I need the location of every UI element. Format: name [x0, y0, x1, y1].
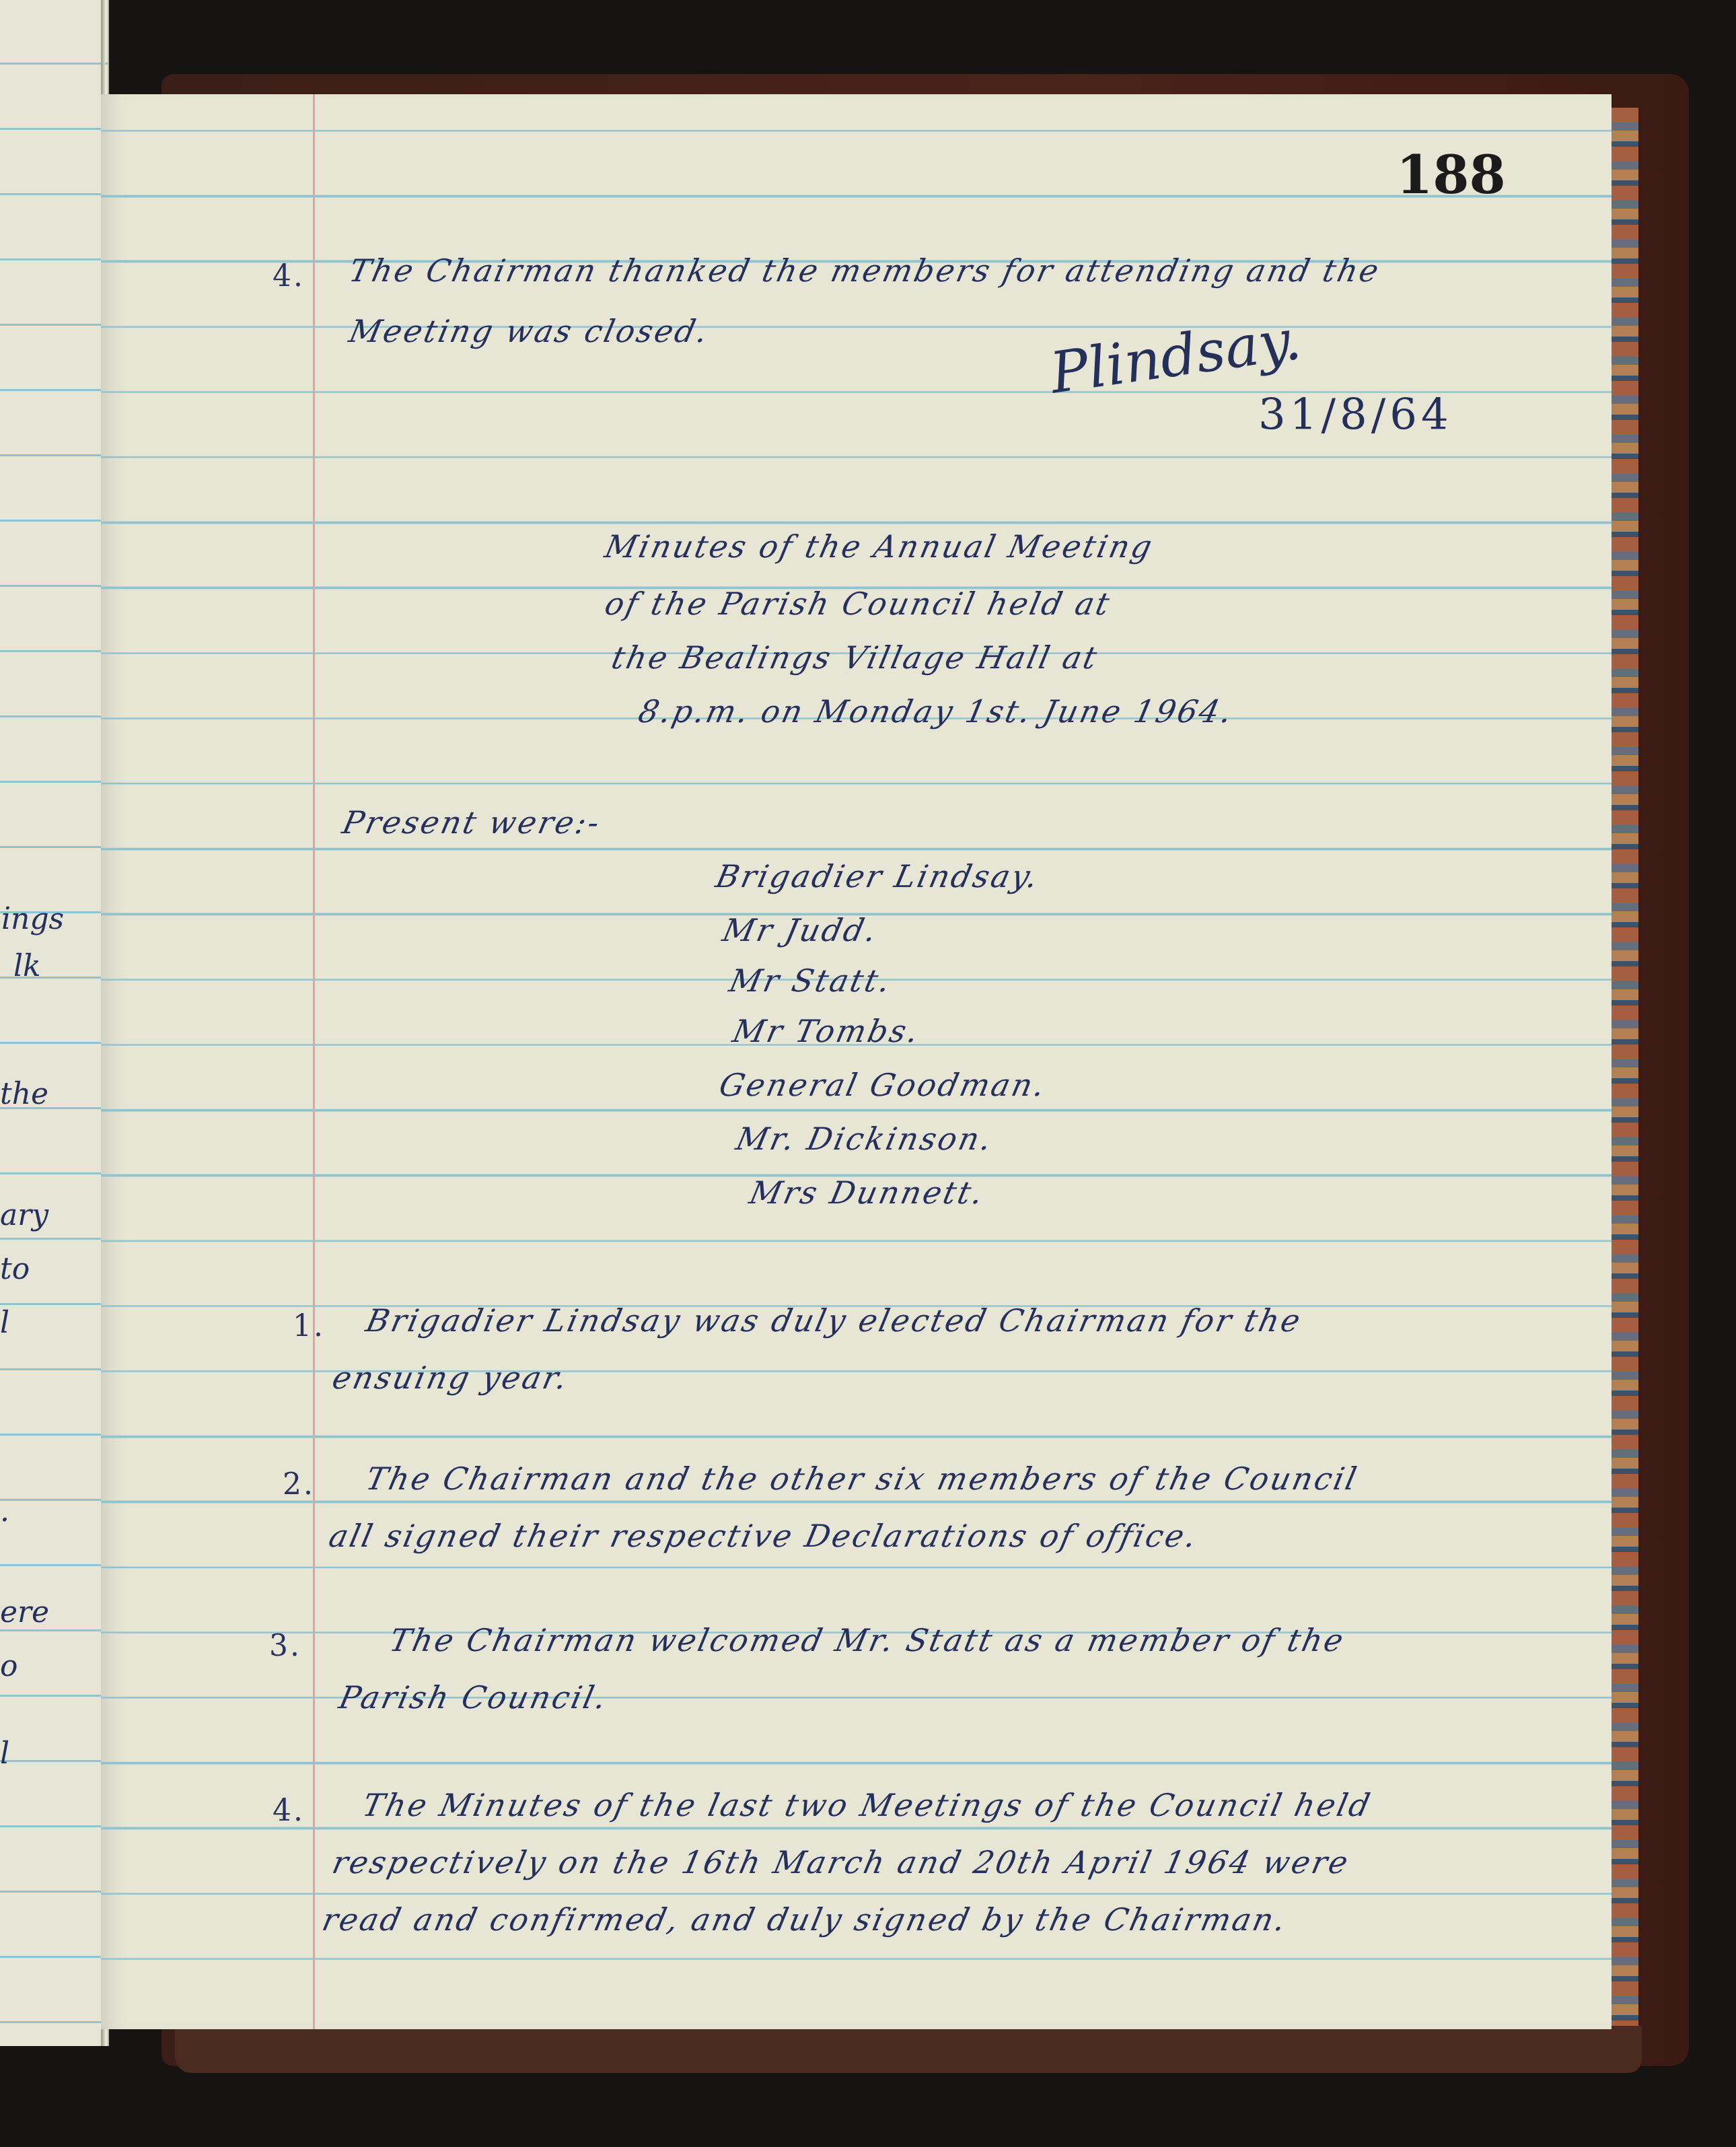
- red-margin-line: [313, 94, 315, 2029]
- page-number: 188: [1396, 145, 1506, 206]
- left-page-fragment: lk: [13, 949, 41, 983]
- marbled-page-edges: [1608, 108, 1638, 2026]
- minutes-heading-line: of the Parish Council held at: [602, 586, 1114, 622]
- member-name: Mr. Dickinson.: [733, 1121, 997, 1157]
- member-name: General Goodman.: [716, 1067, 1050, 1103]
- left-page-fragment: ings: [1, 902, 64, 936]
- item-number: 1.: [293, 1309, 325, 1343]
- ruled-lines: [101, 94, 1612, 2029]
- item-line: read and confirmed, and duly signed by t…: [319, 1901, 1291, 1938]
- left-page-fragment: ere: [0, 1595, 49, 1629]
- item-line: The Minutes of the last two Meetings of …: [359, 1787, 1375, 1823]
- minutes-heading-line: Minutes of the Annual Meeting: [602, 528, 1157, 565]
- ruled-lines: [0, 0, 108, 2046]
- left-page-fragment: l: [0, 1736, 9, 1771]
- left-page-fragment: to: [0, 1252, 30, 1286]
- minutes-heading-line: the Bealings Village Hall at: [608, 639, 1101, 676]
- member-name: Mrs Dunnett.: [746, 1174, 988, 1211]
- item-number: 4.: [273, 259, 305, 293]
- left-page-fragment: .: [0, 1494, 9, 1528]
- item-number: 4.: [273, 1794, 305, 1828]
- minutes-heading-line: 8.p.m. on Monday 1st. June 1964.: [635, 693, 1237, 730]
- item-line: Parish Council.: [336, 1679, 611, 1716]
- item-number: 2.: [283, 1467, 315, 1502]
- member-name: Mr Judd.: [719, 912, 881, 948]
- left-page-fragment: ary: [0, 1198, 48, 1232]
- previous-minutes-line: Meeting was closed.: [346, 313, 713, 349]
- left-page-fragment: the: [0, 1077, 48, 1111]
- item-line: all signed their respective Declarations…: [326, 1518, 1201, 1554]
- signature-date: 31/8/64: [1258, 390, 1453, 440]
- left-page-fragment: l: [0, 1306, 9, 1340]
- item-line: The Chairman and the other six members o…: [363, 1460, 1361, 1497]
- member-name: Brigadier Lindsay.: [713, 858, 1043, 894]
- right-page: [101, 94, 1612, 2029]
- item-line: Brigadier Lindsay was duly elected Chair…: [363, 1302, 1305, 1339]
- item-line: ensuing year.: [329, 1360, 572, 1396]
- member-name: Mr Statt.: [726, 962, 895, 999]
- book-cover-bottom-edge: [175, 2026, 1642, 2073]
- present-label: Present were:-: [339, 804, 604, 841]
- left-page-fragment: o: [0, 1649, 18, 1683]
- item-number: 3.: [269, 1629, 301, 1663]
- member-name: Mr Tombs.: [729, 1013, 923, 1049]
- item-line: respectively on the 16th March and 20th …: [329, 1844, 1353, 1880]
- item-line: The Chairman welcomed Mr. Statt as a mem…: [386, 1622, 1348, 1658]
- left-page: ings lk the ary to l . ere o l: [0, 0, 109, 2046]
- previous-minutes-line: The Chairman thanked the members for att…: [346, 252, 1383, 289]
